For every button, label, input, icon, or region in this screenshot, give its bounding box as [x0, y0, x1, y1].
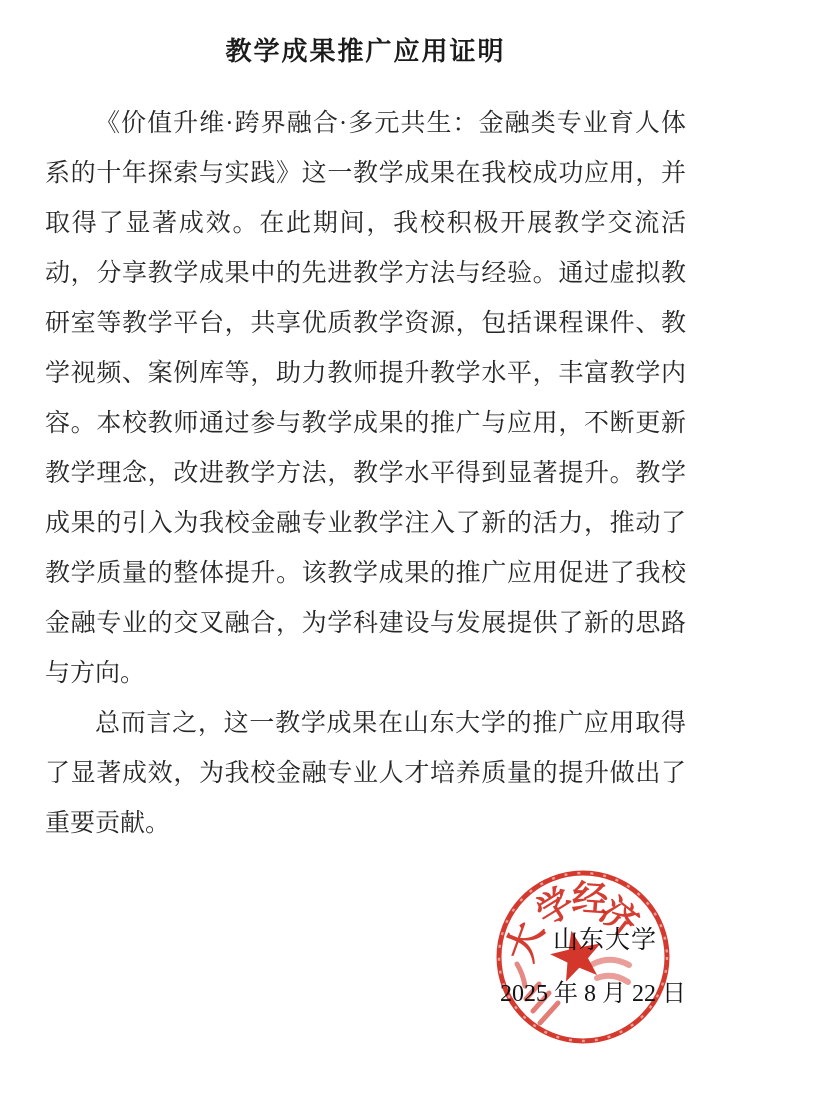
certificate-title: 教学成果推广应用证明	[45, 31, 686, 68]
official-seal: 大 学 经 济	[493, 866, 675, 1048]
body-paragraph: 总而言之，这一教学成果在山东大学的推广应用取得了显著成效，为我校金融专业人才培养…	[45, 699, 686, 849]
seal-ink-smudge	[517, 964, 525, 986]
seal-ink-smudge	[593, 960, 629, 982]
certificate-body: 《价值升维·跨界融合·多元共生：金融类专业育人体系的十年探索与实践》这一教学成果…	[45, 99, 686, 849]
certificate-page: 教学成果推广应用证明 《价值升维·跨界融合·多元共生：金融类专业育人体系的十年探…	[0, 0, 836, 1112]
body-paragraph: 《价值升维·跨界融合·多元共生：金融类专业育人体系的十年探索与实践》这一教学成果…	[45, 99, 686, 699]
seal-ink-smudge	[526, 984, 558, 1023]
